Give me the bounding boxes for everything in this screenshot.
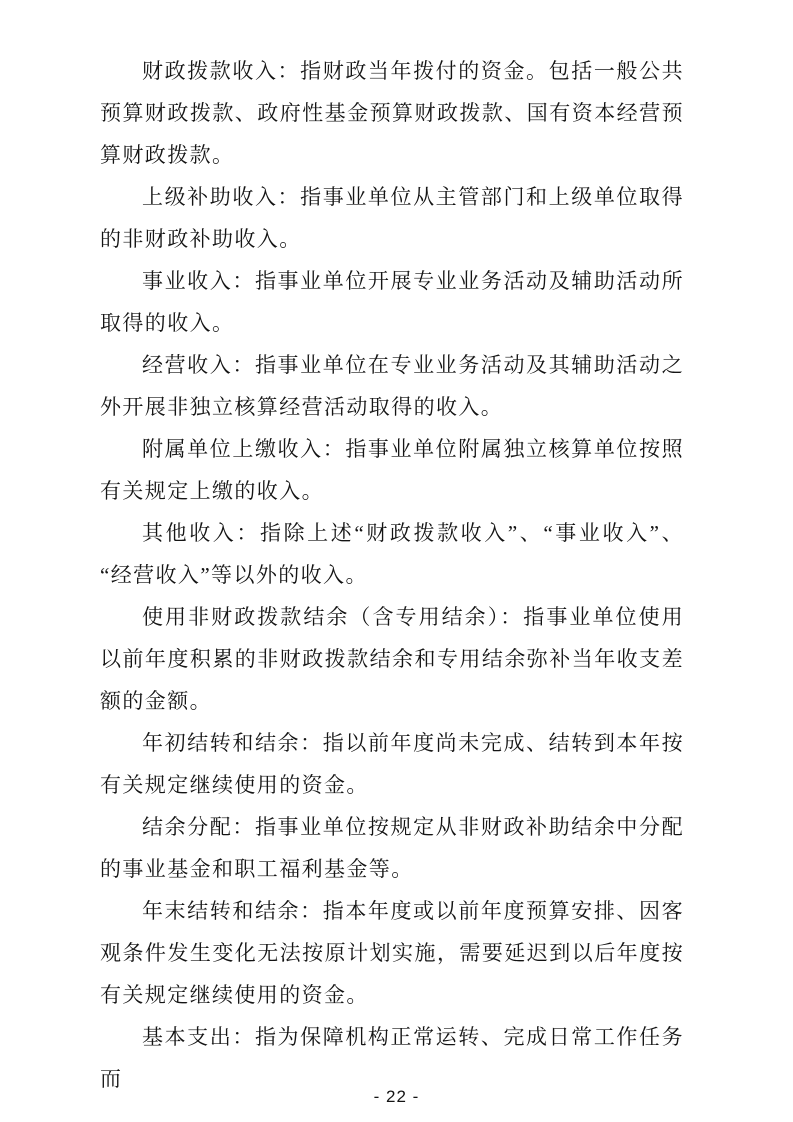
- paragraph: 其他收入：指除上述“财政拨款收入”、“事业收入”、“经营收入”等以外的收入。: [100, 512, 684, 596]
- paragraph: 结余分配：指事业单位按规定从非财政补助结余中分配的事业基金和职工福利基金等。: [100, 806, 684, 890]
- paragraph: 附属单位上缴收入：指事业单位附属独立核算单位按照有关规定上缴的收入。: [100, 428, 684, 512]
- paragraph: 财政拨款收入：指财政当年拨付的资金。包括一般公共预算财政拨款、政府性基金预算财政…: [100, 50, 684, 176]
- paragraph: 事业收入：指事业单位开展专业业务活动及辅助活动所取得的收入。: [100, 260, 684, 344]
- document-page: 财政拨款收入：指财政当年拨付的资金。包括一般公共预算财政拨款、政府性基金预算财政…: [0, 0, 793, 1122]
- document-body: 财政拨款收入：指财政当年拨付的资金。包括一般公共预算财政拨款、政府性基金预算财政…: [100, 50, 684, 1100]
- page-number: - 22 -: [0, 1087, 793, 1107]
- paragraph: 年末结转和结余：指本年度或以前年度预算安排、因客观条件发生变化无法按原计划实施，…: [100, 890, 684, 1016]
- paragraph: 年初结转和结余：指以前年度尚未完成、结转到本年按有关规定继续使用的资金。: [100, 722, 684, 806]
- paragraph: 使用非财政拨款结余（含专用结余）：指事业单位使用以前年度积累的非财政拨款结余和专…: [100, 596, 684, 722]
- paragraph: 经营收入：指事业单位在专业业务活动及其辅助活动之外开展非独立核算经营活动取得的收…: [100, 344, 684, 428]
- paragraph: 上级补助收入：指事业单位从主管部门和上级单位取得的非财政补助收入。: [100, 176, 684, 260]
